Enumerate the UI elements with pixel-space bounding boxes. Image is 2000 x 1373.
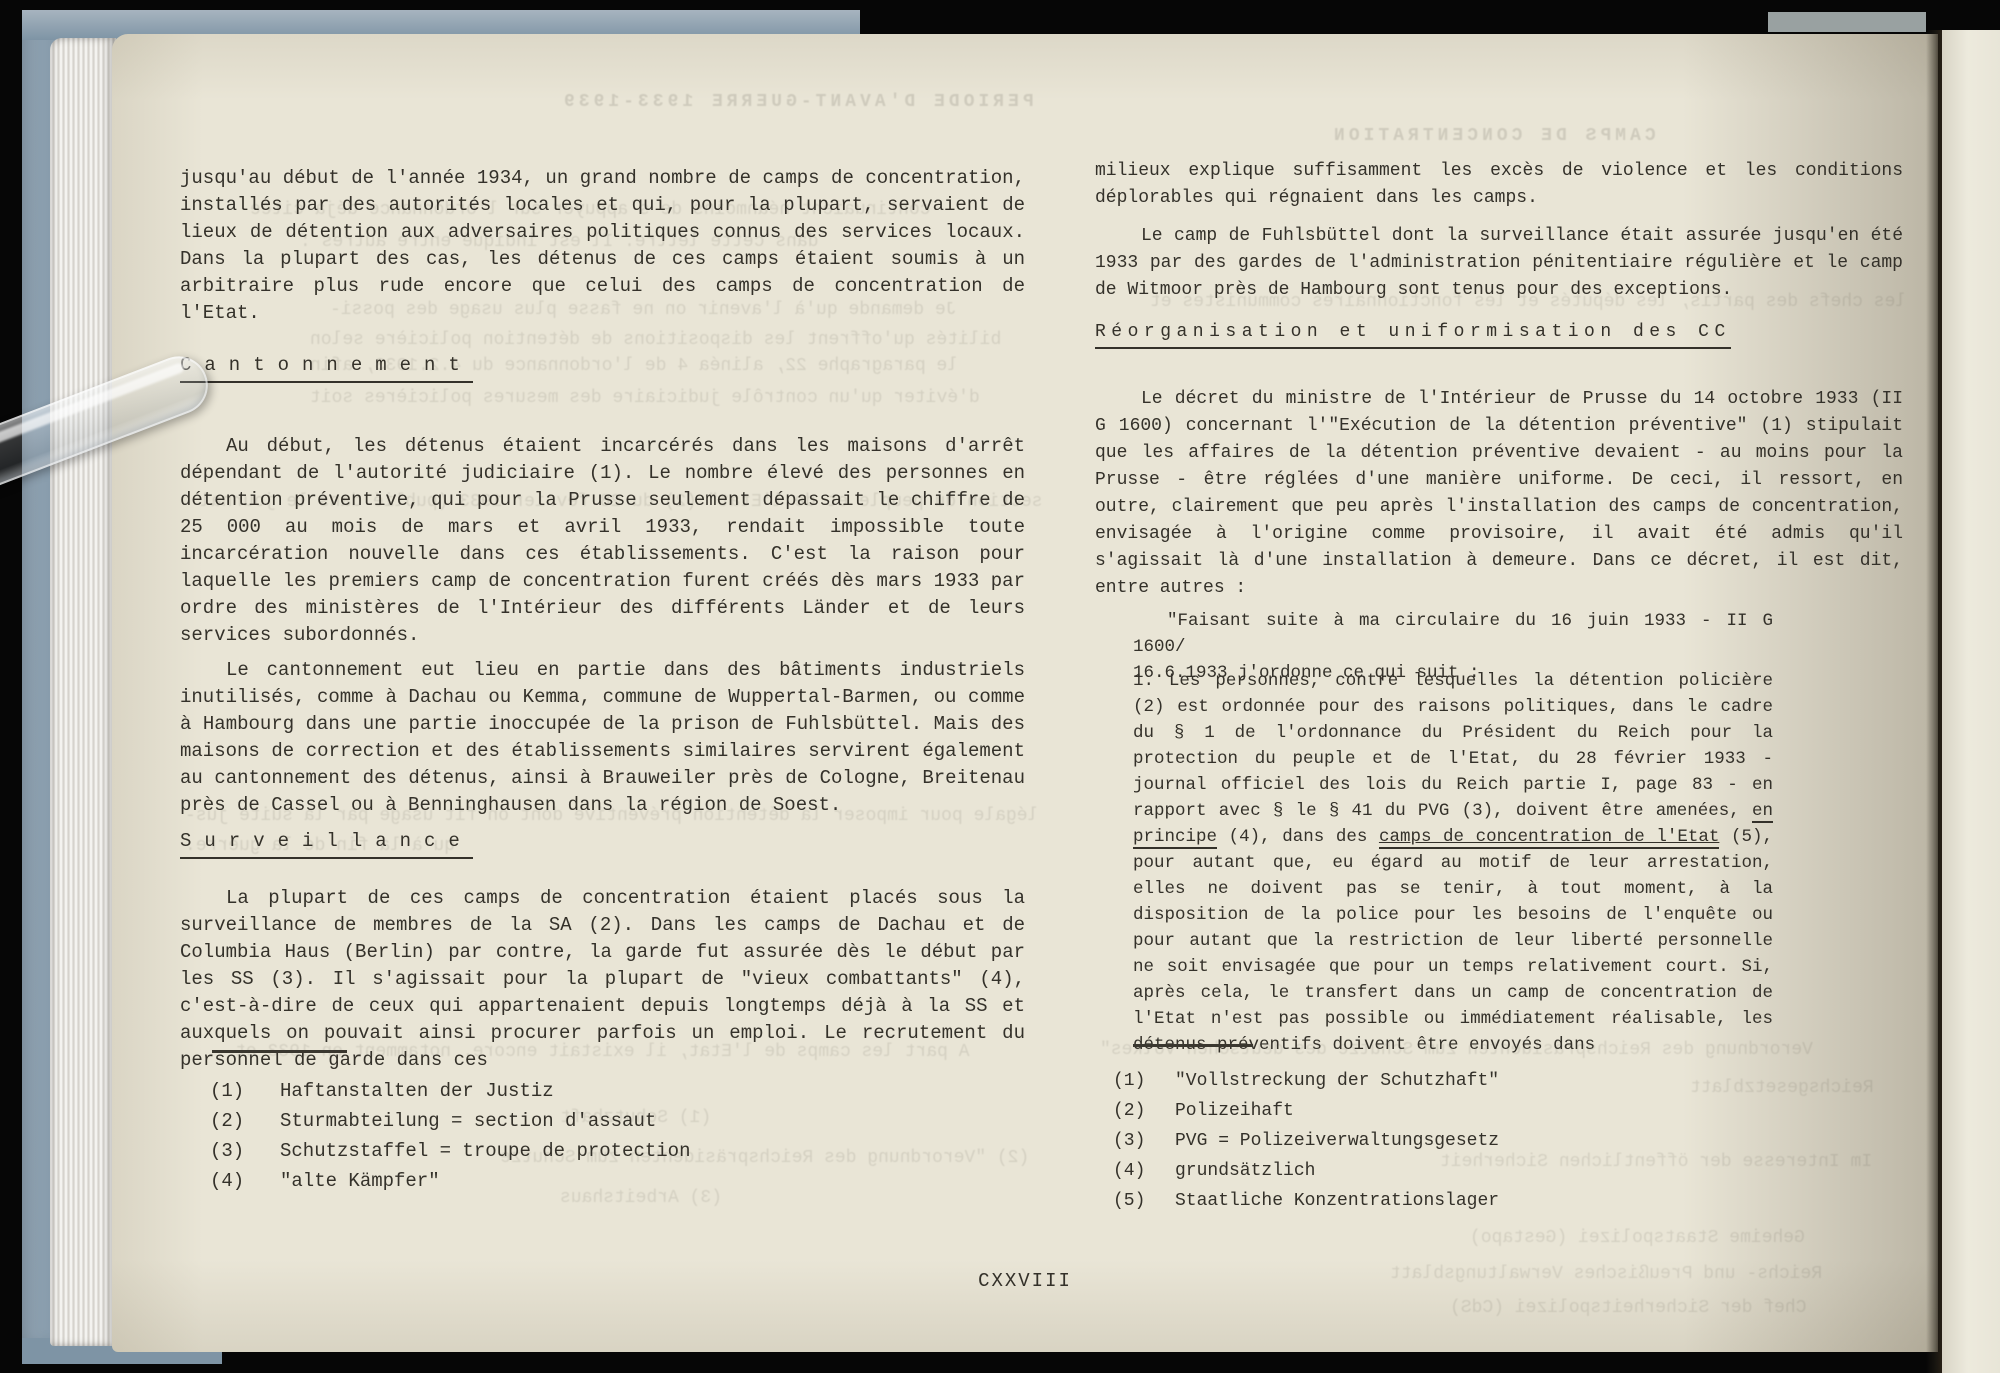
footnote-text: Staatliche Konzentrationslager bbox=[1175, 1186, 1499, 1216]
footnote: (3) PVG = Polizeiverwaltungsgesetz bbox=[1113, 1126, 1893, 1156]
footnote-text: Haftanstalten der Justiz bbox=[280, 1076, 554, 1106]
page-number: CXXVIII bbox=[905, 1270, 1145, 1292]
footnote-separator-left bbox=[212, 1050, 347, 1053]
quote-text: (4), dans des bbox=[1217, 827, 1379, 847]
footnote-text: PVG = Polizeiverwaltungsgesetz bbox=[1175, 1126, 1499, 1156]
left-continuation-paragraph: jusqu'au début de l'année 1934, un grand… bbox=[180, 165, 1025, 327]
footnote-number: (4) bbox=[210, 1166, 280, 1196]
cantonnement-paragraph-2: Le cantonnement eut lieu en partie dans … bbox=[180, 657, 1025, 819]
footnote-number: (4) bbox=[1113, 1156, 1175, 1186]
cantonnement-paragraph-1: Au début, les détenus étaient incarcérés… bbox=[180, 433, 1025, 649]
footnote-text: "alte Kämpfer" bbox=[280, 1166, 440, 1196]
underlined-phrase-camps-etat: camps de concentration de l'Etat bbox=[1379, 827, 1719, 849]
right-paragraph-1: milieux explique suffisamment les excès … bbox=[1095, 158, 1903, 212]
surveillance-paragraph-1: La plupart de ces camps de concentration… bbox=[180, 885, 1025, 1074]
section-heading-cantonnement: Cantonnement bbox=[180, 354, 473, 383]
page-gutter-shadow bbox=[1926, 30, 1942, 1373]
reorganisation-intro-paragraph: Le décret du ministre de l'Intérieur de … bbox=[1095, 386, 1903, 602]
footnote-text: "Vollstreckung der Schutzhaft" bbox=[1175, 1066, 1499, 1096]
footnote-number: (3) bbox=[1113, 1126, 1175, 1156]
footnote: (2) Sturmabteilung = section d'assaut bbox=[210, 1106, 1010, 1136]
footnote-text: Polizeihaft bbox=[1175, 1096, 1294, 1126]
decree-quote-item-1: 1. Les personnes, contre lesquelles la d… bbox=[1133, 668, 1773, 1058]
heading-text: Réorganisation et uniformisation des CC bbox=[1095, 322, 1731, 349]
quote-text: 1. Les personnes, contre lesquelles la d… bbox=[1133, 671, 1773, 821]
footnote-text: grundsätzlich bbox=[1175, 1156, 1315, 1186]
footnote-text: Schutzstaffel = troupe de protection bbox=[280, 1136, 690, 1166]
footnote-number: (1) bbox=[1113, 1066, 1175, 1096]
quote-text: (5), pour autant que, eu égard au motif … bbox=[1133, 827, 1773, 1055]
page-stack-fore-edge bbox=[50, 38, 116, 1346]
facing-page-edge bbox=[1942, 30, 2000, 1373]
photographed-book-page: PERIODE D'AVANT-GUERRE 1933-1939CAMPS DE… bbox=[0, 0, 2000, 1373]
footnote: (3) Schutzstaffel = troupe de protection bbox=[210, 1136, 1010, 1166]
heading-text: Cantonnement bbox=[180, 354, 473, 383]
footnote-number: (1) bbox=[210, 1076, 280, 1106]
footnote-separator-right bbox=[1133, 1044, 1253, 1047]
footnote: (5) Staatliche Konzentrationslager bbox=[1113, 1186, 1893, 1216]
right-paragraph-2: Le camp de Fuhlsbüttel dont la surveilla… bbox=[1095, 223, 1903, 304]
footnote: (4) grundsätzlich bbox=[1113, 1156, 1893, 1186]
left-footnotes: (1) Haftanstalten der Justiz (2) Sturmab… bbox=[210, 1076, 1010, 1196]
heading-text: Surveillance bbox=[180, 830, 473, 859]
footnote-number: (5) bbox=[1113, 1186, 1175, 1216]
footnote: (1) Haftanstalten der Justiz bbox=[210, 1076, 1010, 1106]
section-heading-reorganisation: Réorganisation et uniformisation des CC bbox=[1095, 322, 1731, 349]
footnote: (1) "Vollstreckung der Schutzhaft" bbox=[1113, 1066, 1893, 1096]
footnote-number: (2) bbox=[210, 1106, 280, 1136]
footnote-number: (2) bbox=[1113, 1096, 1175, 1126]
background-patch bbox=[1768, 12, 1926, 32]
footnote: (4) "alte Kämpfer" bbox=[210, 1166, 1010, 1196]
right-footnotes: (1) "Vollstreckung der Schutzhaft" (2) P… bbox=[1113, 1066, 1893, 1216]
section-heading-surveillance: Surveillance bbox=[180, 830, 473, 859]
footnote: (2) Polizeihaft bbox=[1113, 1096, 1893, 1126]
footnote-number: (3) bbox=[210, 1136, 280, 1166]
footnote-text: Sturmabteilung = section d'assaut bbox=[280, 1106, 656, 1136]
